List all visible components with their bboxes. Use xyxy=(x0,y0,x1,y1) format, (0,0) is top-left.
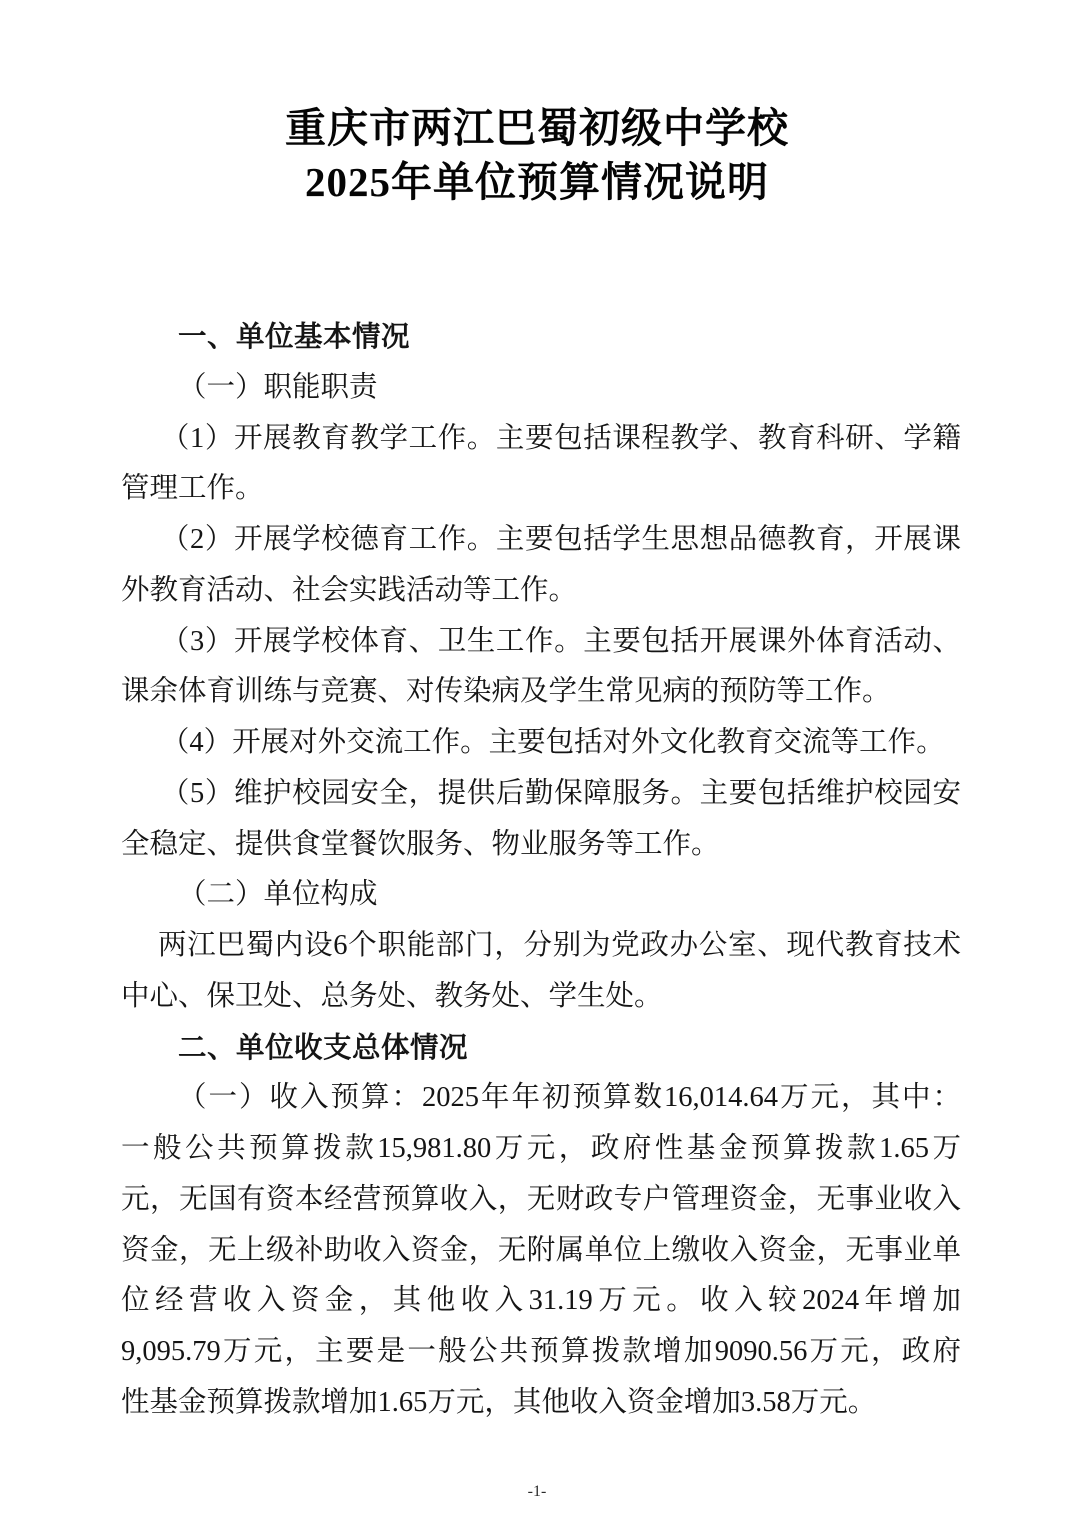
text-line: 位经营收入资金，其他收入31.19万元。收入较2024年增加 xyxy=(121,1276,961,1327)
text-line: 二、单位收支总体情况 xyxy=(121,1023,961,1074)
paragraph: （4）开展对外交流工作。主要包括对外文化教育交流等工作。 xyxy=(121,718,961,769)
text-line: （5）维护校园安全，提供后勤保障服务。主要包括维护校园安 xyxy=(121,769,961,820)
text-line: （二）单位构成 xyxy=(121,870,961,921)
paragraph: （1）开展教育教学工作。主要包括课程教学、教育科研、学籍管理工作。 xyxy=(121,414,961,516)
text-line: 外教育活动、社会实践活动等工作。 xyxy=(121,566,961,617)
text-line: 性基金预算拨款增加1.65万元，其他收入资金增加3.58万元。 xyxy=(121,1378,961,1429)
document-title: 重庆市两江巴蜀初级中学校 2025年单位预算情况说明 xyxy=(0,101,1074,209)
text-line: （1）开展教育教学工作。主要包括课程教学、教育科研、学籍 xyxy=(121,414,961,465)
paragraph: 两江巴蜀内设6个职能部门，分别为党政办公室、现代教育技术中心、保卫处、总务处、教… xyxy=(121,921,961,1023)
text-line: 一般公共预算拨款15,981.80万元，政府性基金预算拨款1.65万 xyxy=(121,1124,961,1175)
text-line: 全稳定、提供食堂餐饮服务、物业服务等工作。 xyxy=(121,820,961,871)
text-line: 中心、保卫处、总务处、教务处、学生处。 xyxy=(121,972,961,1023)
text-line: 一、单位基本情况 xyxy=(121,312,961,363)
document-title-line-1: 重庆市两江巴蜀初级中学校 xyxy=(0,101,1074,155)
text-line: 元，无国有资本经营预算收入，无财政专户管理资金，无事业收入 xyxy=(121,1175,961,1226)
text-line: （2）开展学校德育工作。主要包括学生思想品德教育，开展课 xyxy=(121,515,961,566)
text-line: （一）职能职责 xyxy=(121,363,961,414)
document-body: 一、单位基本情况（一）职能职责（1）开展教育教学工作。主要包括课程教学、教育科研… xyxy=(121,312,961,1429)
paragraph: （5）维护校园安全，提供后勤保障服务。主要包括维护校园安全稳定、提供食堂餐饮服务… xyxy=(121,769,961,871)
text-line: 9,095.79万元，主要是一般公共预算拨款增加9090.56万元，政府 xyxy=(121,1327,961,1378)
paragraph: （3）开展学校体育、卫生工作。主要包括开展课外体育活动、课余体育训练与竞赛、对传… xyxy=(121,617,961,719)
page-number: -1- xyxy=(0,1482,1074,1502)
subsection-heading: （二）单位构成 xyxy=(121,870,961,921)
text-line: 管理工作。 xyxy=(121,464,961,515)
text-line: 资金，无上级补助收入资金，无附属单位上缴收入资金，无事业单 xyxy=(121,1226,961,1277)
document-title-line-2: 2025年单位预算情况说明 xyxy=(0,155,1074,209)
document-page: 重庆市两江巴蜀初级中学校 2025年单位预算情况说明 一、单位基本情况（一）职能… xyxy=(0,0,1074,1520)
section-heading: 一、单位基本情况 xyxy=(121,312,961,363)
text-line: （4）开展对外交流工作。主要包括对外文化教育交流等工作。 xyxy=(121,718,961,769)
text-line: 课余体育训练与竞赛、对传染病及学生常见病的预防等工作。 xyxy=(121,667,961,718)
text-line: （3）开展学校体育、卫生工作。主要包括开展课外体育活动、 xyxy=(121,617,961,668)
paragraph: （2）开展学校德育工作。主要包括学生思想品德教育，开展课外教育活动、社会实践活动… xyxy=(121,515,961,617)
subsection-heading: （一）职能职责 xyxy=(121,363,961,414)
section-heading: 二、单位收支总体情况 xyxy=(121,1023,961,1074)
text-line: （一）收入预算：2025年年初预算数16,014.64万元，其中： xyxy=(121,1073,961,1124)
paragraph: （一）收入预算：2025年年初预算数16,014.64万元，其中：一般公共预算拨… xyxy=(121,1073,961,1428)
text-line: 两江巴蜀内设6个职能部门，分别为党政办公室、现代教育技术 xyxy=(121,921,961,972)
